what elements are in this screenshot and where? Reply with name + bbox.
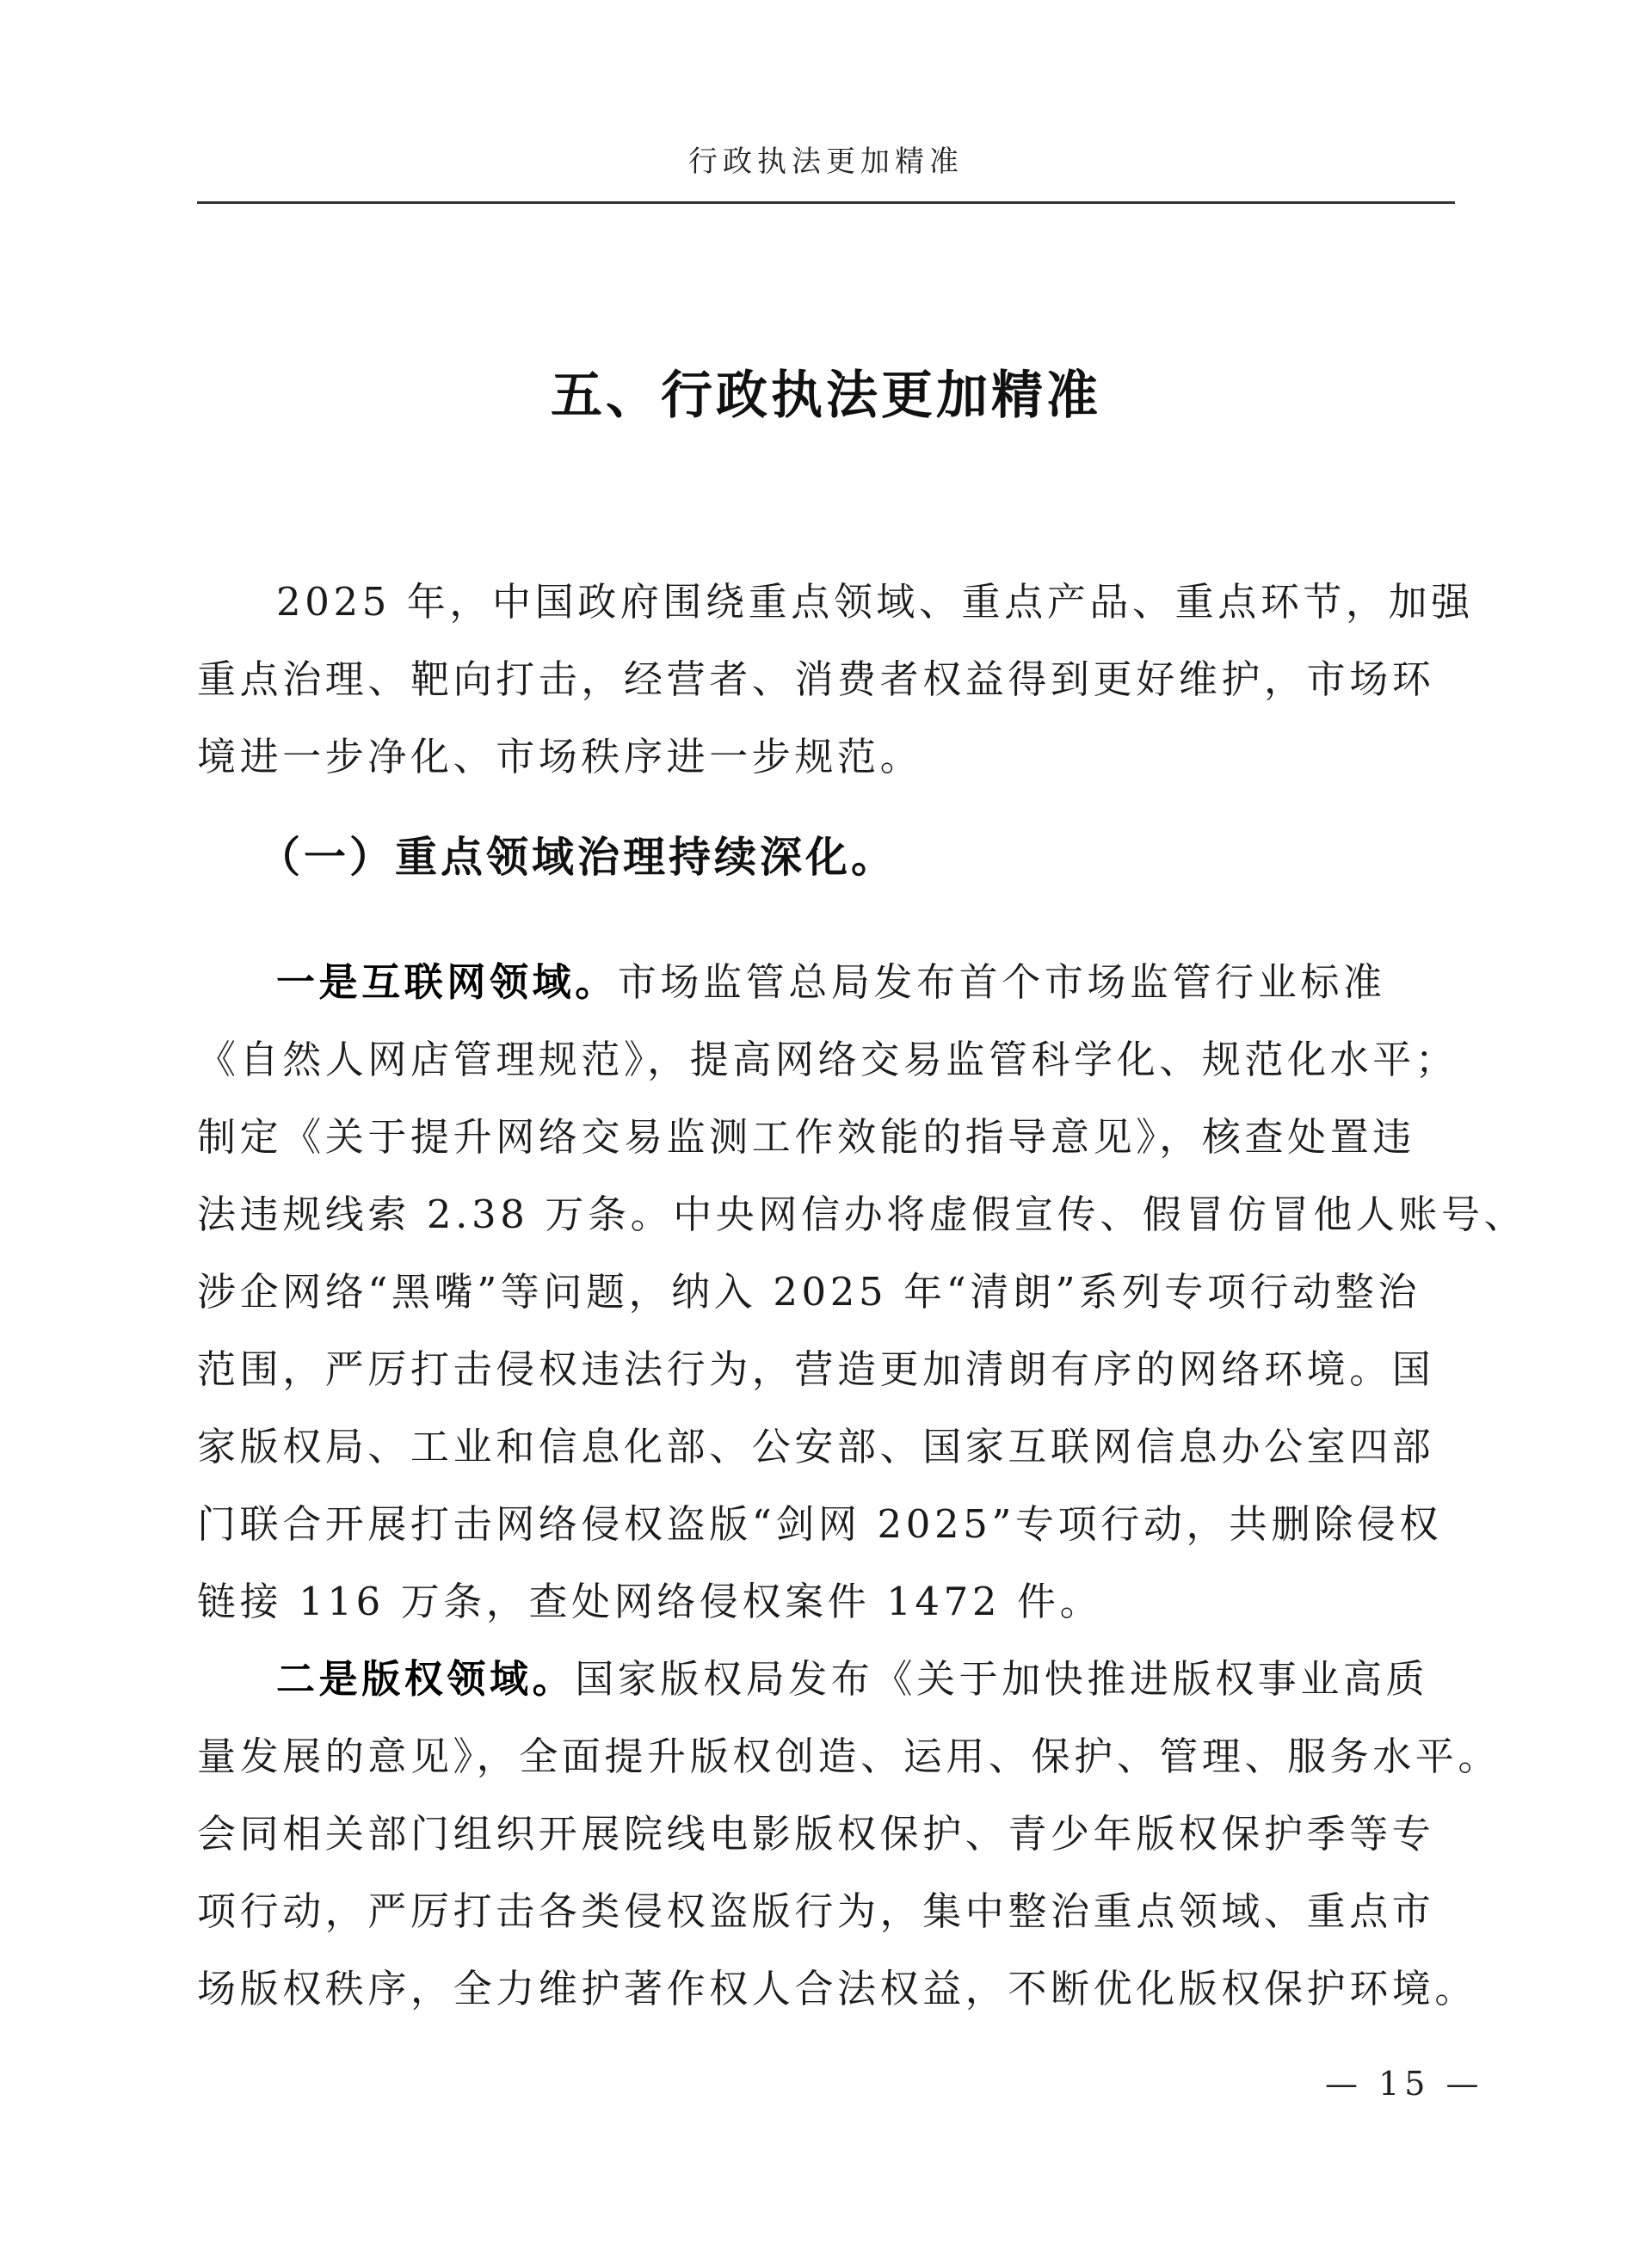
text-line: 涉企网络“黑嘴”等问题，纳入 2025 年“清朗”系列专项行动整治 [197,1253,1455,1331]
intro-paragraph: 2025 年，中国政府围绕重点领域、重点产品、重点环节，加强 重点治理、靶向打击… [197,564,1455,796]
page-number: — 15 — [1325,2065,1484,2103]
text-line: 《自然人网店管理规范》，提高网络交易监管科学化、规范化水平； [197,1021,1455,1099]
internet-paragraph: 一是互联网领域。市场监管总局发布首个市场监管行业标准 《自然人网店管理规范》，提… [197,944,1455,1641]
paragraph-lead: 二是版权领域。 [276,1656,575,1702]
paragraph-lead: 一是互联网领域。 [276,959,618,1005]
text-line: 法违规线索 2.38 万条。中央网信办将虚假宣传、假冒仿冒他人账号、 [197,1176,1455,1253]
text-line: 场版权秩序，全力维护著作权人合法权益，不断优化版权保护环境。 [197,1950,1455,2028]
text-line: 境进一步净化、市场秩序进一步规范。 [197,718,1455,796]
text-line: 量发展的意见》，全面提升版权创造、运用、保护、管理、服务水平。 [197,1718,1455,1795]
text-line: 家版权局、工业和信息化部、公安部、国家互联网信息办公室四部 [197,1408,1455,1486]
text-line: 2025 年，中国政府围绕重点领域、重点产品、重点环节，加强 [197,564,1455,641]
text-line: 门联合开展打击网络侵权盗版“剑网 2025”专项行动，共删除侵权 [197,1486,1455,1563]
header-rule [197,201,1455,204]
text-line: 重点治理、靶向打击，经营者、消费者权益得到更好维护，市场环 [197,641,1455,718]
text-line: 制定《关于提升网络交易监测工作效能的指导意见》，核查处置违 [197,1099,1455,1176]
subsection-title: （一）重点领域治理持续深化。 [258,824,897,884]
text-line: 范围，严厉打击侵权违法行为，营造更加清朗有序的网络环境。国 [197,1331,1455,1408]
text-line: 链接 116 万条，查处网络侵权案件 1472 件。 [197,1563,1455,1641]
copyright-paragraph: 二是版权领域。国家版权局发布《关于加快推进版权事业高质 量发展的意见》，全面提升… [197,1641,1455,2028]
text-fragment: 国家版权局发布《关于加快推进版权事业高质 [575,1656,1428,1702]
text-fragment: 市场监管总局发布首个市场监管行业标准 [618,959,1386,1005]
text-line: 二是版权领域。国家版权局发布《关于加快推进版权事业高质 [197,1641,1455,1718]
text-line: 一是互联网领域。市场监管总局发布首个市场监管行业标准 [197,944,1455,1021]
running-header: 行政执法更加精准 [0,138,1652,180]
text-line: 项行动，严厉打击各类侵权盗版行为，集中整治重点领域、重点市 [197,1873,1455,1950]
text-line: 会同相关部门组织开展院线电影版权保护、青少年版权保护季等专 [197,1795,1455,1873]
section-title: 五、行政执法更加精准 [0,354,1652,428]
